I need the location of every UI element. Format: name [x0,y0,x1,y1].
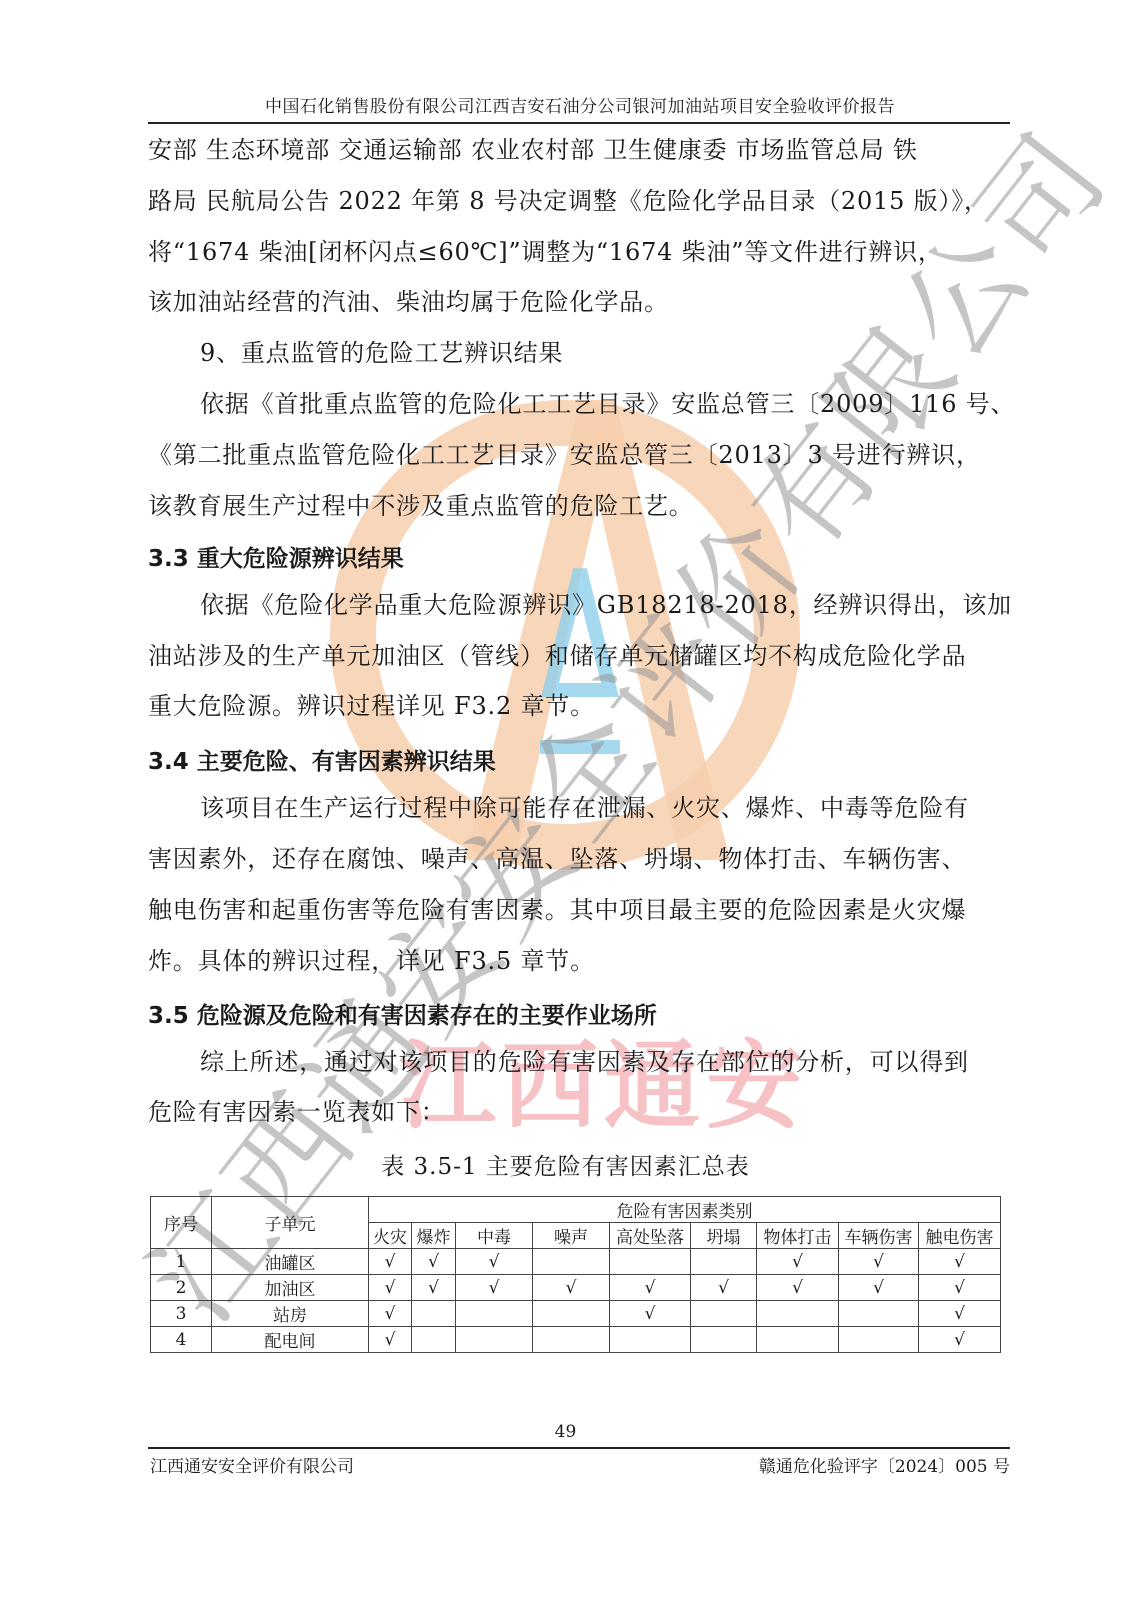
body-line: 触电伤害和起重伤害等危险有害因素。其中项目最主要的危险因素是火灾爆 [148,885,1010,936]
body-line: 依据《首批重点监管的危险化工工艺目录》安监总管三〔2009〕116 号、 [200,379,1062,430]
cell-mark [691,1301,757,1327]
cell-mark: √ [691,1275,757,1301]
cell-no: 2 [151,1275,212,1301]
column-header: 高处坠落 [610,1223,691,1249]
body-line: 炸。具体的辨识过程，详见 F3.5 章节。 [148,936,1010,987]
cell-unit: 站房 [212,1301,369,1327]
cell-mark: √ [839,1249,919,1275]
cell-mark: √ [533,1275,610,1301]
body-line: 将“1674 柴油[闭杯闪点≤60℃]”调整为“1674 柴油”等文件进行辨识， [148,227,1010,278]
body-line: 害因素外，还存在腐蚀、噪声、高温、坠落、坍塌、物体打击、车辆伤害、 [148,834,1010,885]
cell-no: 3 [151,1301,212,1327]
cell-mark: √ [839,1275,919,1301]
column-header: 坍塌 [691,1223,757,1249]
section-heading-3-4: 3.4 主要危险、有害因素辨识结果 [148,743,496,776]
header-divider [148,122,1010,124]
footer-divider [148,1447,1010,1449]
cell-mark [839,1301,919,1327]
body-line: 油站涉及的生产单元加油区（管线）和储存单元储罐区均不构成危险化学品 [148,631,1010,682]
column-header: 触电伤害 [919,1223,1001,1249]
cell-mark [839,1327,919,1353]
footer-company: 江西通安安全评价有限公司 [150,1452,354,1477]
cell-unit: 油罐区 [212,1249,369,1275]
cell-no: 1 [151,1249,212,1275]
body-line: 该加油站经营的汽油、柴油均属于危险化学品。 [148,277,1010,328]
cell-mark: √ [369,1275,412,1301]
cell-mark: √ [919,1249,1001,1275]
cell-mark: √ [369,1249,412,1275]
column-header-unit: 子单元 [212,1197,369,1249]
column-header-group: 危险有害因素类别 [369,1197,1001,1223]
column-header: 中毒 [456,1223,533,1249]
cell-mark [691,1249,757,1275]
cell-mark [757,1327,839,1353]
cell-unit: 加油区 [212,1275,369,1301]
table-row: 4 配电间 √ √ [151,1327,1001,1353]
cell-mark: √ [919,1301,1001,1327]
cell-no: 4 [151,1327,212,1353]
cell-mark [533,1249,610,1275]
column-header: 车辆伤害 [839,1223,919,1249]
body-line: 《第二批重点监管危险化工工艺目录》安监总管三〔2013〕3 号进行辨识， [148,430,1010,481]
cell-mark [412,1327,456,1353]
body-line: 安部 生态环境部 交通运输部 农业农村部 卫生健康委 市场监管总局 铁 [148,125,1010,176]
page-header-title: 中国石化销售股份有限公司江西吉安石油分公司银河加油站项目安全验收评价报告 [150,92,1010,117]
cell-mark [691,1327,757,1353]
table-row: 3 站房 √ √ √ [151,1301,1001,1327]
body-line: 该项目在生产运行过程中除可能存在泄漏、火灾、爆炸、中毒等危险有 [200,783,1062,834]
cell-mark: √ [610,1275,691,1301]
page-number: 49 [0,1422,1131,1442]
table-row: 1 油罐区 √ √ √ √ √ √ [151,1249,1001,1275]
column-header-no: 序号 [151,1197,212,1249]
footer-doc-number: 赣通危化验评字〔2024〕005 号 [759,1452,1010,1477]
item-9-title: 9、重点监管的危险工艺辨识结果 [200,328,1062,379]
cell-mark: √ [757,1249,839,1275]
table-row: 2 加油区 √ √ √ √ √ √ √ √ √ [151,1275,1001,1301]
body-line: 综上所述，通过对该项目的危险有害因素及存在部位的分析，可以得到 [200,1037,1062,1088]
body-line: 路局 民航局公告 2022 年第 8 号决定调整《危险化学品目录（2015 版）… [148,176,1010,227]
hazard-summary-table: 序号 子单元 危险有害因素类别 火灾 爆炸 中毒 噪声 高处坠落 坍塌 物体打击… [150,1196,1001,1353]
cell-unit: 配电间 [212,1327,369,1353]
cell-mark: √ [456,1249,533,1275]
cell-mark [533,1301,610,1327]
cell-mark: √ [412,1249,456,1275]
cell-mark [757,1301,839,1327]
column-header: 噪声 [533,1223,610,1249]
cell-mark: √ [369,1327,412,1353]
body-line: 危险有害因素一览表如下： [148,1087,1010,1138]
cell-mark [412,1301,456,1327]
column-header: 爆炸 [412,1223,456,1249]
cell-mark [610,1249,691,1275]
cell-mark: √ [412,1275,456,1301]
cell-mark: √ [610,1301,691,1327]
column-header: 物体打击 [757,1223,839,1249]
body-line: 重大危险源。辨识过程详见 F3.2 章节。 [148,681,1010,732]
cell-mark: √ [919,1327,1001,1353]
section-heading-3-5: 3.5 危险源及危险和有害因素存在的主要作业场所 [148,997,657,1030]
column-header: 火灾 [369,1223,412,1249]
cell-mark [610,1327,691,1353]
cell-mark: √ [369,1301,412,1327]
section-heading-3-3: 3.3 重大危险源辨识结果 [148,540,404,573]
cell-mark [533,1327,610,1353]
body-line: 依据《危险化学品重大危险源辨识》GB18218-2018，经辨识得出，该加 [200,580,1062,631]
cell-mark: √ [757,1275,839,1301]
cell-mark [456,1327,533,1353]
cell-mark [456,1301,533,1327]
body-line: 该教育展生产过程中不涉及重点监管的危险工艺。 [148,481,1010,532]
cell-mark: √ [456,1275,533,1301]
table-caption: 表 3.5-1 主要危险有害因素汇总表 [0,1148,1131,1181]
cell-mark: √ [919,1275,1001,1301]
